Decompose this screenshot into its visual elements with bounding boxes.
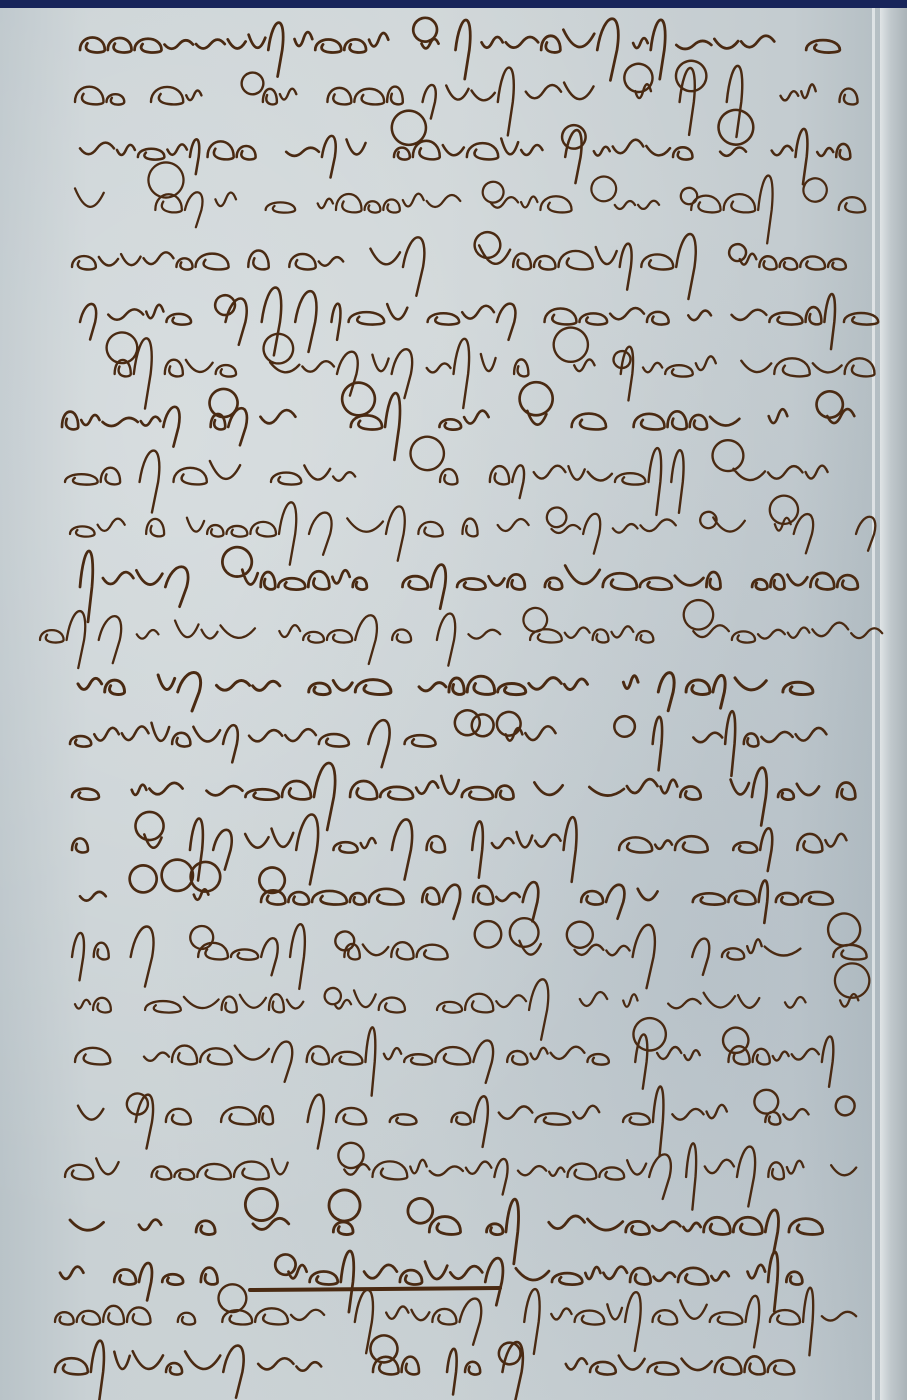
handwritten-line [55, 1335, 794, 1400]
handwritten-line [72, 763, 855, 830]
handwritten-line [72, 232, 846, 299]
handwritten-line [65, 1143, 856, 1210]
handwritten-line [72, 812, 846, 884]
handwritten-line [70, 496, 875, 565]
strikethrough-mark [250, 1288, 500, 1290]
handwritten-line [80, 18, 840, 80]
handwritten-line [107, 328, 875, 409]
handwritten-line [62, 382, 854, 460]
handwritten-line [80, 547, 858, 622]
handwritten-line [60, 1251, 802, 1312]
handwritten-line [40, 600, 882, 668]
handwritten-line [80, 288, 878, 356]
handwritten-line [72, 913, 867, 988]
handwritten-line [80, 860, 833, 923]
handwritten-line [75, 162, 865, 243]
handwritten-line [55, 1284, 856, 1355]
handwritten-text-area [0, 0, 907, 1400]
handwritten-line [65, 437, 828, 515]
handwritten-line [75, 963, 869, 1039]
handwritten-line [70, 710, 826, 776]
handwritten-line [78, 672, 813, 710]
handwritten-line [78, 1087, 855, 1157]
handwritten-line [80, 110, 850, 184]
handwritten-line [70, 1188, 823, 1263]
handwritten-line [75, 1018, 833, 1096]
